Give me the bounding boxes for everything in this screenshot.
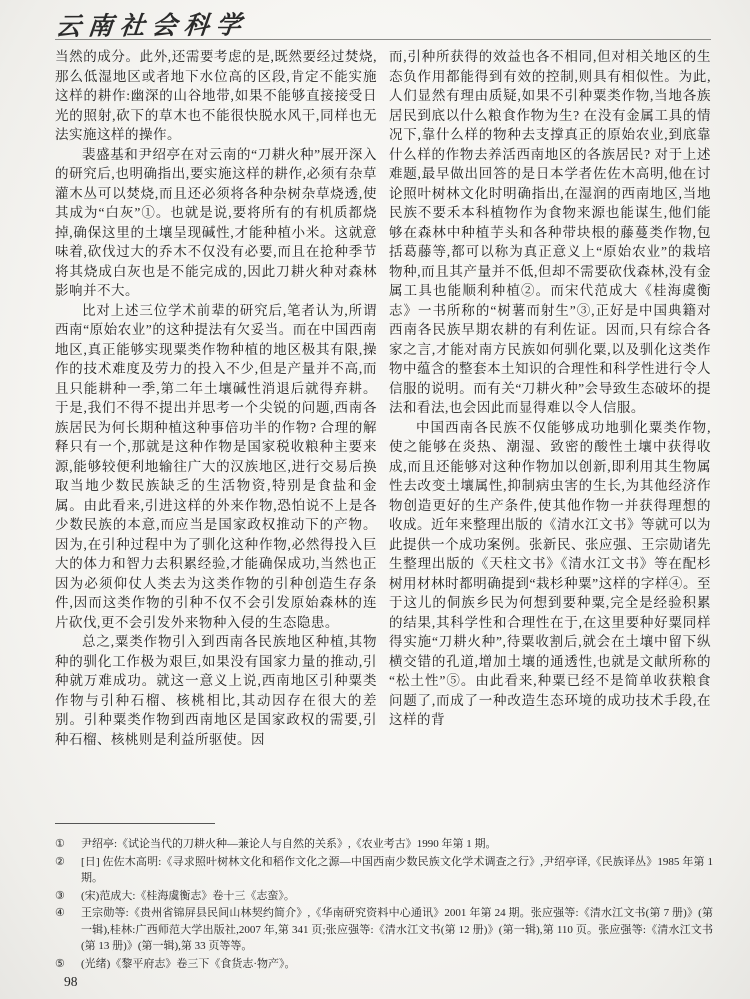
page-number: 98	[64, 974, 78, 990]
footnote-marker: ⑤	[55, 956, 81, 973]
header-rule	[55, 39, 711, 40]
paragraph: 当然的成分。此外,还需要考虑的是,既然要经过焚烧,那么低湿地区或者地下水位高的区…	[55, 47, 377, 145]
paragraph: 中国西南各民族不仅能够成功地驯化粟类作物,使之能够在炎热、潮湿、致密的酸性土壤中…	[389, 418, 711, 730]
footnote-divider	[55, 823, 215, 824]
left-text-column: 当然的成分。此外,还需要考虑的是,既然要经过焚烧,那么低湿地区或者地下水位高的区…	[55, 47, 377, 749]
scanned-journal-page: 云南社会科学 当然的成分。此外,还需要考虑的是,既然要经过焚烧,那么低湿地区或者…	[0, 0, 750, 999]
footnote: ①尹绍亭:《试论当代的刀耕火种—兼论人与自然的关系》,《农业考古》1990 年第…	[55, 836, 713, 853]
footnote-text: (宋)范成大:《桂海虞衡志》卷十三《志蛮》。	[81, 888, 713, 905]
journal-title-calligraphy: 云南社会科学	[54, 5, 250, 43]
footnote: ②[日] 佐佐木高明:《寻求照叶树林文化和稻作文化之源—中国西南少数民族文化学术…	[55, 854, 713, 887]
paragraph: 总之,粟类作物引入到西南各民族地区种植,其物种的驯化工作极为艰巨,如果没有国家力…	[55, 632, 377, 749]
footnote-marker: ①	[55, 836, 81, 853]
footnote-text: (光绪)《黎平府志》卷三下《食货志·物产》。	[81, 956, 713, 973]
footnote: ⑤(光绪)《黎平府志》卷三下《食货志·物产》。	[55, 956, 713, 973]
footnotes-section: ①尹绍亭:《试论当代的刀耕火种—兼论人与自然的关系》,《农业考古》1990 年第…	[55, 836, 713, 973]
paragraph: 比对上述三位学术前辈的研究后,笔者认为,所谓西南“原始农业”的这种提法有欠妥当。…	[55, 301, 377, 633]
footnote: ③(宋)范成大:《桂海虞衡志》卷十三《志蛮》。	[55, 888, 713, 905]
paragraph: 而,引种所获得的效益也各不相同,但对相关地区的生态负作用都能得到有效的控制,则具…	[389, 47, 711, 418]
footnote: ④王宗勋等:《贵州省锦屏县民间山林契约简介》,《华南研究资料中心通讯》2001 …	[55, 905, 713, 955]
footnote-text: 尹绍亭:《试论当代的刀耕火种—兼论人与自然的关系》,《农业考古》1990 年第 …	[81, 836, 713, 853]
footnote-marker: ④	[55, 905, 81, 955]
footnote-marker: ②	[55, 854, 81, 887]
footnote-marker: ③	[55, 888, 81, 905]
footnote-text: [日] 佐佐木高明:《寻求照叶树林文化和稻作文化之源—中国西南少数民族文化学术调…	[81, 854, 713, 887]
right-text-column: 而,引种所获得的效益也各不相同,但对相关地区的生态负作用都能得到有效的控制,则具…	[389, 47, 711, 730]
paragraph: 裴盛基和尹绍亭在对云南的“刀耕火种”展开深入的研究后,也明确指出,要实施这样的耕…	[55, 145, 377, 301]
footnote-text: 王宗勋等:《贵州省锦屏县民间山林契约简介》,《华南研究资料中心通讯》2001 年…	[81, 905, 713, 955]
